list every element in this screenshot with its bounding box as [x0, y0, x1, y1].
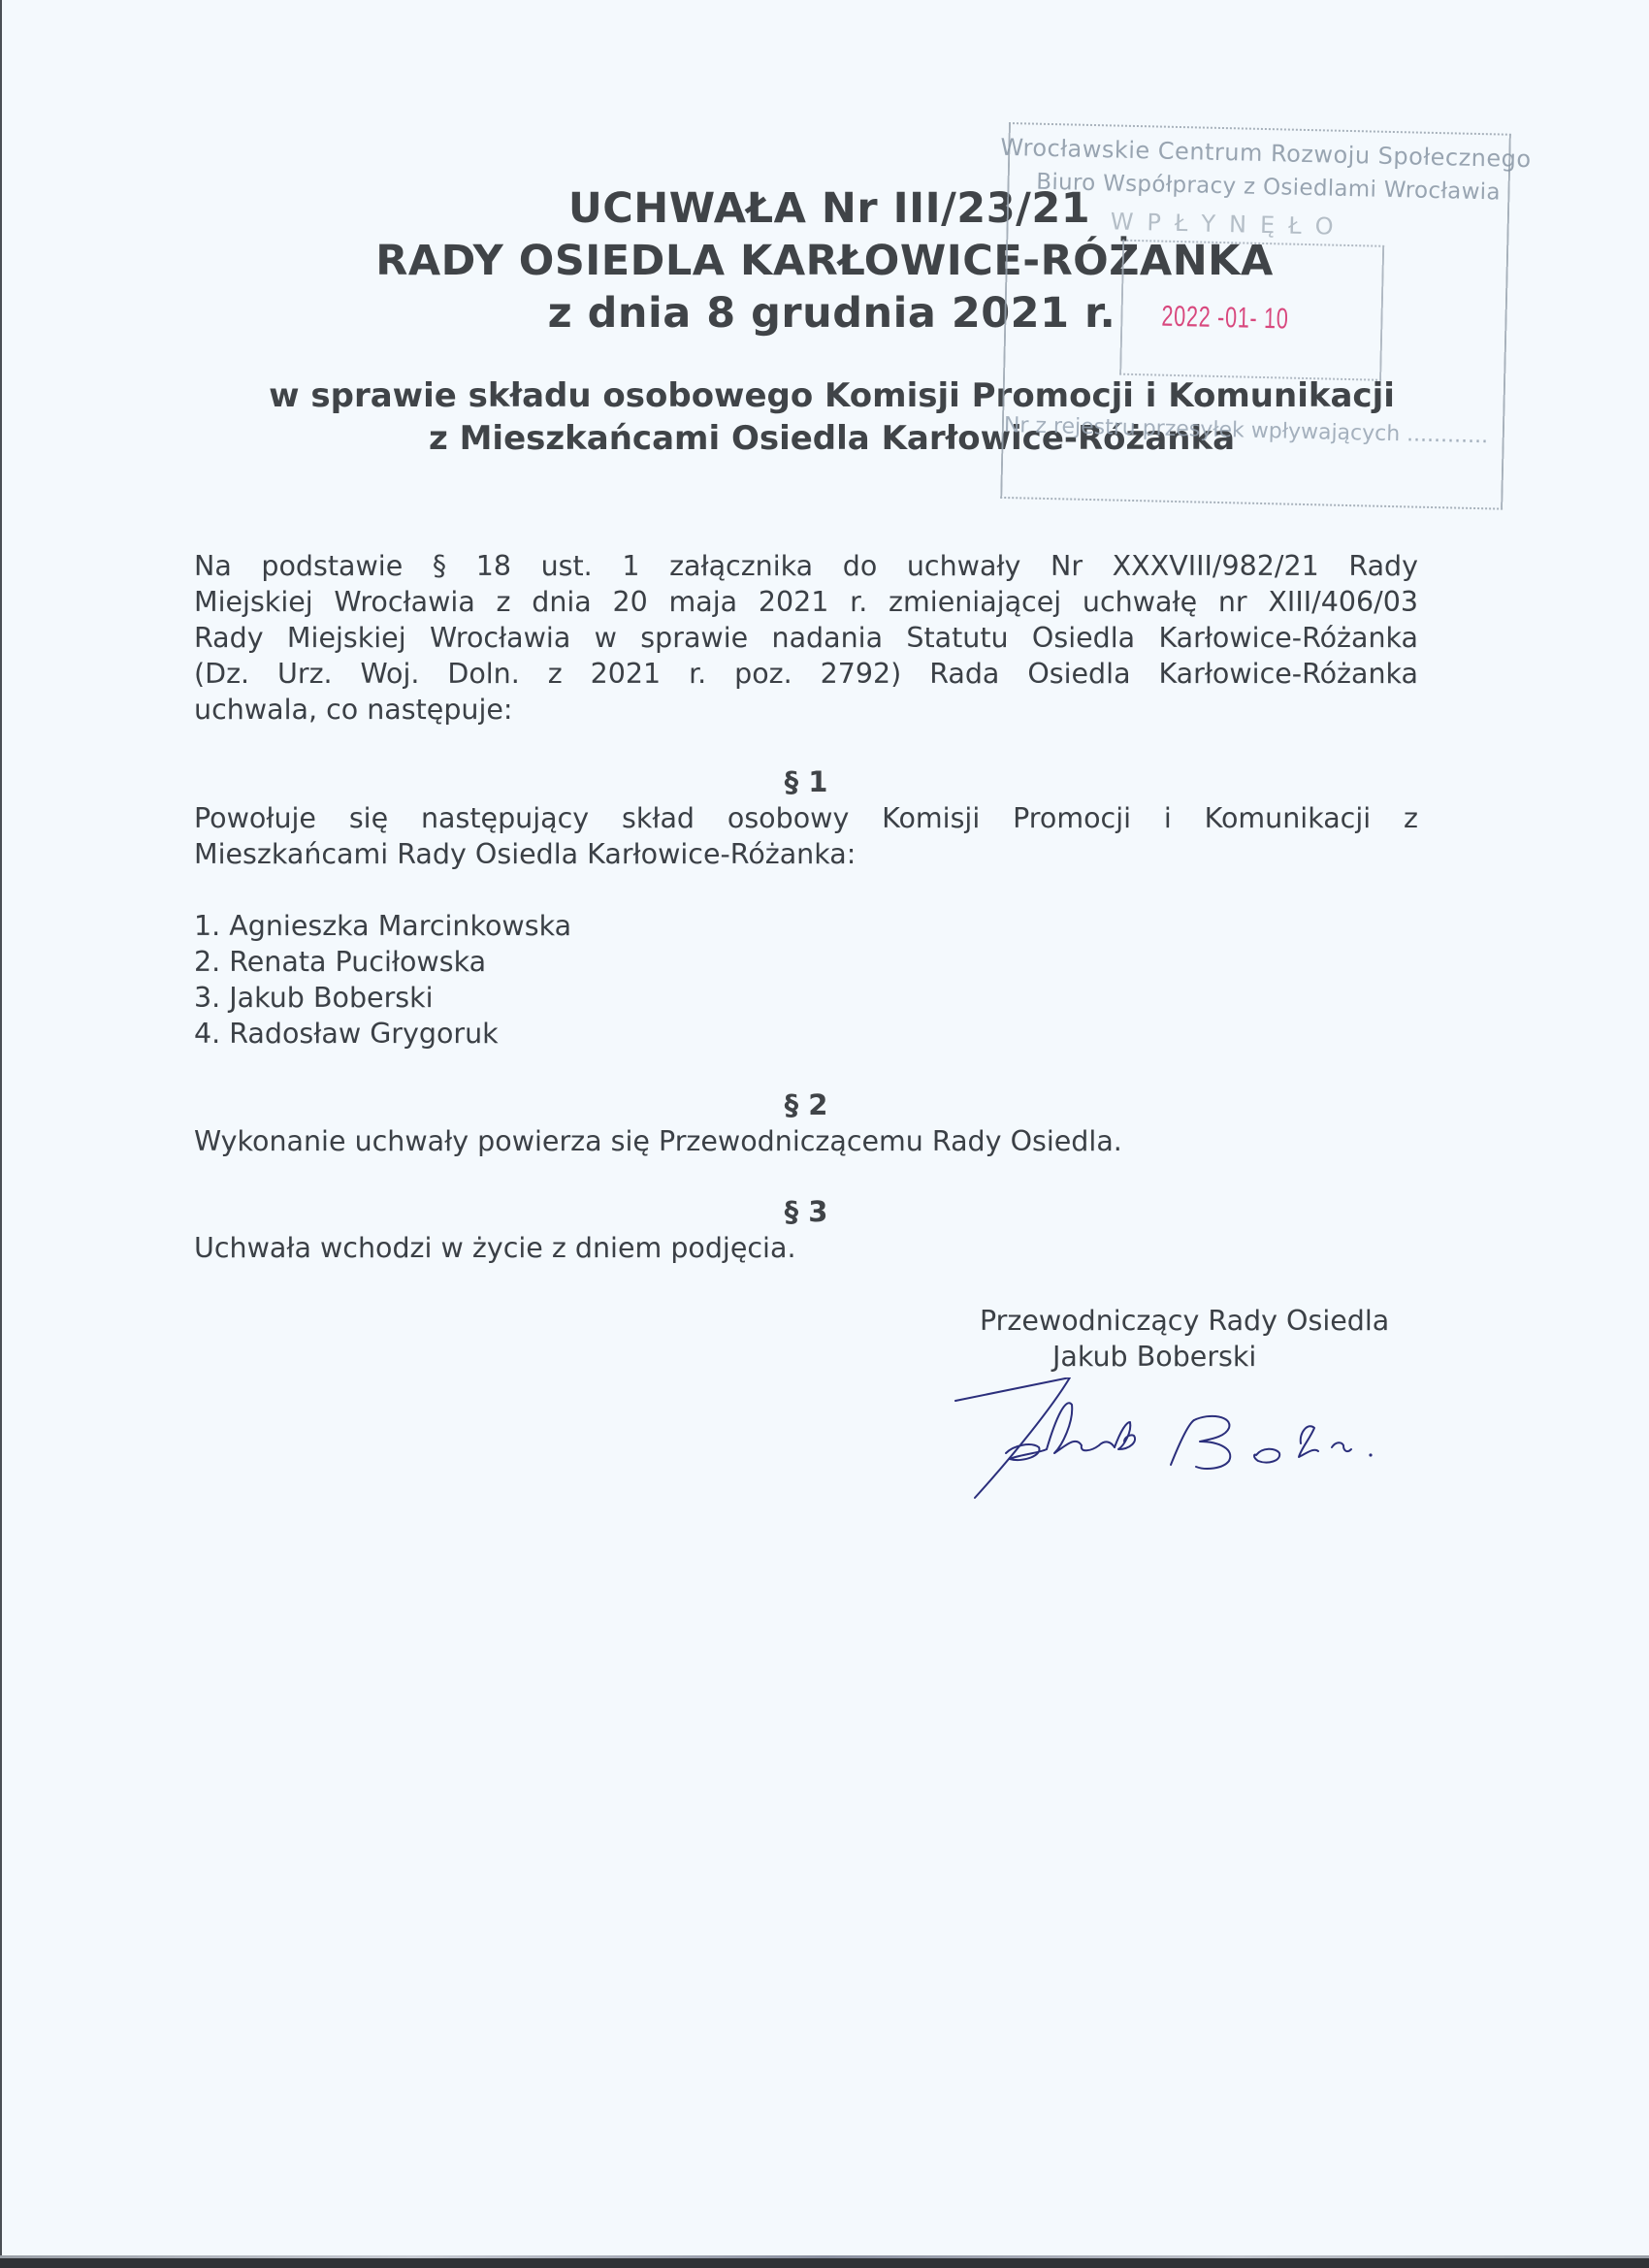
handwritten-signature: [946, 1377, 1431, 1513]
list-item: 1. Agnieszka Marcinkowska: [194, 908, 571, 944]
scan-edge-bottom: [0, 2258, 1649, 2268]
preamble-line: (Dz. Urz. Woj. Doln. z 2021 r. poz. 2792…: [194, 656, 1418, 692]
section-1-line: Mieszkańcami Rady Osiedla Karłowice-Róża…: [194, 836, 1418, 872]
stamp-institution: Wrocławskie Centrum Rozwoju Społecznego: [1000, 134, 1503, 173]
resolution-number: UCHWAŁA Nr III/23/21: [10, 182, 1649, 235]
council-name: RADY OSIEDLA KARŁOWICE-RÓŻANKA: [0, 235, 1649, 287]
scan-edge-left: [0, 0, 2, 2268]
scanned-page: UCHWAŁA Nr III/23/21 RADY OSIEDLA KARŁOW…: [0, 0, 1649, 2268]
subject-line-2: z Mieszkańcami Osiedla Karłowice-Różanka: [15, 417, 1649, 460]
list-item: 3. Jakub Boberski: [194, 980, 571, 1016]
signatory-name: Jakub Boberski: [1052, 1339, 1256, 1375]
preamble: Na podstawie § 18 ust. 1 załącznika do u…: [194, 548, 1418, 728]
resolution-subject: w sprawie składu osobowego Komisji Promo…: [0, 374, 1649, 460]
resolution-date: z dnia 8 grudnia 2021 r.: [15, 287, 1649, 340]
section-3-heading: § 3: [194, 1194, 1418, 1230]
section-1-text: Powołuje się następujący skład osobowy K…: [194, 800, 1418, 872]
preamble-line: Miejskiej Wrocławia z dnia 20 maja 2021 …: [194, 584, 1418, 620]
preamble-line: Rady Miejskiej Wrocławia w sprawie nadan…: [194, 620, 1418, 656]
list-item: 4. Radosław Grygoruk: [194, 1016, 571, 1052]
list-item: 2. Renata Puciłowska: [194, 944, 571, 980]
section-1-heading: § 1: [194, 764, 1418, 800]
committee-members-list: 1. Agnieszka Marcinkowska 2. Renata Puci…: [194, 908, 571, 1052]
section-2-heading: § 2: [194, 1087, 1418, 1123]
section-1-line: Powołuje się następujący skład osobowy K…: [194, 800, 1418, 836]
resolution-title: UCHWAŁA Nr III/23/21 RADY OSIEDLA KARŁOW…: [0, 182, 1649, 340]
section-3-text: Uchwała wchodzi w życie z dniem podjęcia…: [194, 1230, 1418, 1266]
subject-line-1: w sprawie składu osobowego Komisji Promo…: [15, 374, 1649, 417]
section-2-text: Wykonanie uchwały powierza się Przewodni…: [194, 1123, 1418, 1159]
preamble-line: uchwala, co następuje:: [194, 692, 1418, 728]
preamble-line: Na podstawie § 18 ust. 1 załącznika do u…: [194, 548, 1418, 584]
signatory-role: Przewodniczący Rady Osiedla: [980, 1303, 1389, 1339]
